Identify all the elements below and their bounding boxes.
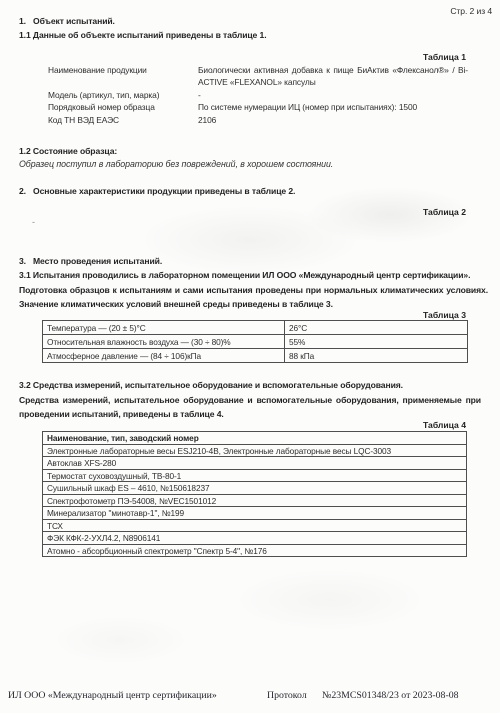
climate-param: Атмосферное давление — (84 ÷ 106)кПа — [43, 349, 285, 363]
footer-protocol-label: Протокол — [267, 690, 307, 701]
table-row: ФЭК КФК-2-УХЛ4.2, N8906141 — [43, 532, 467, 545]
section-3-1-text: 3.1 Испытания проводились в лабораторном… — [19, 269, 489, 282]
climate-value: 55% — [285, 335, 468, 349]
table-row: Электронные лабораторные весы ESJ210-4B,… — [43, 444, 467, 457]
footer-protocol-number: №23MCS01348/23 от 2023-08-08 — [322, 690, 459, 701]
section-2-number: 2. — [19, 185, 33, 198]
equipment-item: Термостат суховоздушный, ТВ-80-1 — [43, 469, 467, 482]
table-row: Температура — (20 ± 5)°С 26°С — [43, 321, 468, 335]
footer-lab-name: ИЛ ООО «Международный центр сертификации… — [8, 690, 217, 701]
table-1-value: По системе нумерации ИЦ (номер при испыт… — [198, 101, 468, 113]
section-3-2-text: Средства измерений, испытательное оборуд… — [19, 393, 481, 421]
section-3-heading: 3.Место проведения испытаний. — [19, 255, 162, 268]
equipment-item: ТСХ — [43, 519, 467, 532]
equipment-item: Минерализатор "минотавр-1", №199 — [43, 507, 467, 520]
table-1-label: Код ТН ВЭД ЕАЭС — [48, 114, 198, 126]
equipment-item: Электронные лабораторные весы ESJ210-4B,… — [43, 444, 467, 457]
table-1-label: Порядковый номер образца — [48, 101, 198, 113]
table-1-label: Наименование продукции — [48, 64, 198, 89]
table-row: Атомно - абсорбционный спектрометр "Спек… — [43, 544, 467, 557]
equipment-item: Автоклав XFS-280 — [43, 457, 467, 470]
section-1-2-heading: 1.2 Состояние образца: — [19, 145, 117, 158]
table-4: Наименование, тип, заводский номер Элект… — [42, 431, 467, 557]
table-row: Относительная влажность воздуха — (30 ÷ … — [43, 335, 468, 349]
equipment-item: Атомно - абсорбционный спектрометр "Спек… — [43, 544, 467, 557]
table-row: Атмосферное давление — (84 ÷ 106)кПа 88 … — [43, 349, 468, 363]
climate-value: 26°С — [285, 321, 468, 335]
section-2-heading: 2.Основные характеристики продукции прив… — [19, 185, 295, 198]
section-3-conditions-text: Подготовка образцов к испытаниям и сами … — [19, 283, 488, 311]
section-3-number: 3. — [19, 255, 33, 268]
section-1-number: 1. — [19, 15, 33, 28]
section-1-title: Объект испытаний. — [33, 16, 115, 26]
section-2-title: Основные характеристики продукции привед… — [33, 186, 295, 196]
page-number: Стр. 2 из 4 — [450, 5, 492, 18]
table-row: Спектрофотометр ПЭ-54008, №VEC1501012 — [43, 494, 467, 507]
table-row: Минерализатор "минотавр-1", №199 — [43, 507, 467, 520]
table-1-value: - — [198, 89, 468, 101]
section-1-heading: 1.Объект испытаний. — [19, 15, 115, 28]
table-1-caption: Таблица 1 — [423, 52, 466, 62]
climate-value: 88 кПа — [285, 349, 468, 363]
table-2-empty-mark: - — [32, 217, 35, 227]
table-row: Термостат суховоздушный, ТВ-80-1 — [43, 469, 467, 482]
table-1-label: Модель (артикул, тип, марка) — [48, 89, 198, 101]
table-header-row: Наименование, тип, заводский номер — [43, 432, 467, 445]
climate-param: Температура — (20 ± 5)°С — [43, 321, 285, 335]
section-3-2-heading: 3.2 Средства измерений, испытательное об… — [19, 379, 489, 392]
equipment-item: Сушильный шкаф ES – 4610, №150618237 — [43, 482, 467, 495]
table-row: Автоклав XFS-280 — [43, 457, 467, 470]
table-1-value: 2106 — [198, 114, 468, 126]
equipment-item: ФЭК КФК-2-УХЛ4.2, N8906141 — [43, 532, 467, 545]
equipment-header: Наименование, тип, заводский номер — [43, 432, 467, 445]
table-row: ТСХ — [43, 519, 467, 532]
table-1-value: Биологически активная добавка к пище БиА… — [198, 64, 468, 89]
sample-condition-text: Образец поступил в лабораторию без повре… — [19, 159, 333, 169]
table-row: Сушильный шкаф ES – 4610, №150618237 — [43, 482, 467, 495]
table-3: Температура — (20 ± 5)°С 26°С Относитель… — [42, 320, 468, 363]
section-3-title: Место проведения испытаний. — [33, 256, 162, 266]
document-page: Стр. 2 из 4 1.Объект испытаний. 1.1 Данн… — [0, 0, 500, 713]
table-3-caption: Таблица 3 — [423, 310, 466, 320]
section-1-1-heading: 1.1 Данные об объекте испытаний приведен… — [19, 29, 267, 42]
table-4-caption: Таблица 4 — [423, 420, 466, 430]
equipment-item: Спектрофотометр ПЭ-54008, №VEC1501012 — [43, 494, 467, 507]
table-2-caption: Таблица 2 — [423, 207, 466, 217]
climate-param: Относительная влажность воздуха — (30 ÷ … — [43, 335, 285, 349]
table-1: Наименование продукции Биологически акти… — [48, 64, 468, 126]
